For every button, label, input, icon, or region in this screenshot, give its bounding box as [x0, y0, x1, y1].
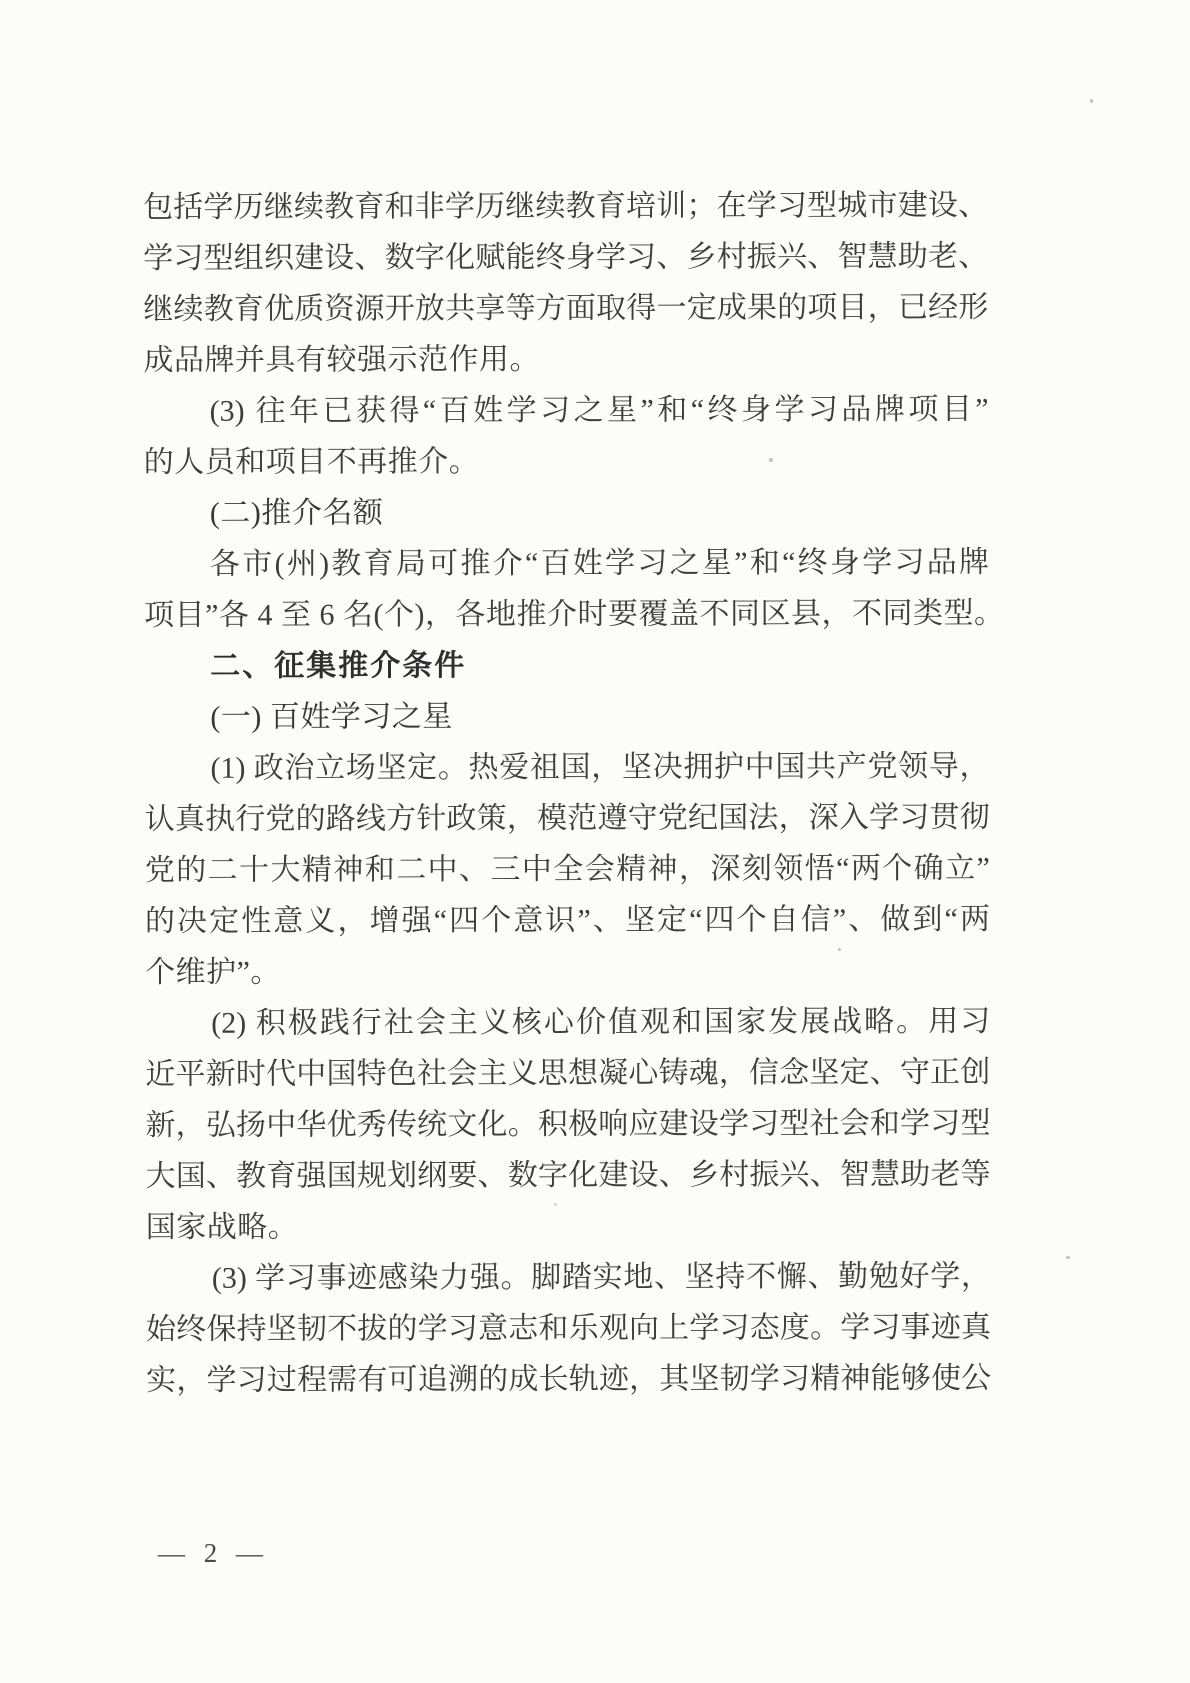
scan-speck	[1090, 99, 1093, 103]
document-line: (3) 学习事迹感染力强。脚踏实地、坚持不懈、勤勉好学，	[146, 1251, 991, 1304]
document-line: (3) 往年已获得“百姓学习之星”和“终身学习品牌项目”	[144, 384, 989, 437]
document-line: 各市(州)教育局可推介“百姓学习之星”和“终身学习品牌	[144, 537, 989, 590]
document-line: 党的二十大精神和二中、三中全会精神，深刻领悟“两个确立”	[145, 843, 990, 896]
document-line: 继续教育优质资源开放共享等方面取得一定成果的项目，已经形	[143, 282, 988, 335]
document-line: 新，弘扬中华优秀传统文化。积极响应建设学习型社会和学习型	[145, 1098, 990, 1151]
page-number: — 2 —	[158, 1538, 269, 1569]
document-line: (2) 积极践行社会主义核心价值观和国家发展战略。用习	[145, 996, 990, 1049]
document-page: 包括学历继续教育和非学历继续教育培训；在学习型城市建设、学习型组织建设、数字化赋…	[0, 0, 1190, 1683]
scan-speck	[1066, 1256, 1070, 1259]
document-line: 始终保持坚韧不拔的学习意志和乐观向上学习态度。学习事迹真	[146, 1302, 991, 1355]
section-heading: (二)推介名额	[144, 486, 989, 539]
document-line: 实，学习过程需有可追溯的成长轨迹，其坚韧学习精神能够使公	[146, 1353, 991, 1406]
scan-speck	[554, 1203, 557, 1206]
document-line: 的决定性意义，增强“四个意识”、坚定“四个自信”、做到“两	[145, 894, 990, 947]
document-line: 个维护”。	[145, 945, 990, 998]
document-line: 认真执行党的路线方针政策，模范遵守党纪国法，深入学习贯彻	[145, 792, 990, 845]
document-line: 学习型组织建设、数字化赋能终身学习、乡村振兴、智慧助老、	[143, 231, 988, 284]
document-body: 包括学历继续教育和非学历继续教育培训；在学习型城市建设、学习型组织建设、数字化赋…	[143, 180, 991, 1406]
document-line: 项目”各 4 至 6 名(个)，各地推介时要覆盖不同区县，不同类型。	[144, 588, 989, 641]
document-line: (1) 政治立场坚定。热爱祖国，坚决拥护中国共产党领导，	[144, 741, 989, 794]
document-line: 的人员和项目不再推介。	[144, 435, 989, 488]
document-line: 国家战略。	[146, 1200, 991, 1253]
scan-speck	[769, 458, 773, 462]
document-line: 近平新时代中国特色社会主义思想凝心铸魂，信念坚定、守正创	[145, 1047, 990, 1100]
scan-speck	[838, 948, 841, 951]
document-line: 包括学历继续教育和非学历继续教育培训；在学习型城市建设、	[143, 180, 988, 233]
document-line: 成品牌并具有较强示范作用。	[143, 333, 988, 386]
section-heading: 二、征集推介条件	[144, 639, 989, 692]
document-line: 大国、教育强国规划纲要、数字化建设、乡村振兴、智慧助老等	[146, 1149, 991, 1202]
section-heading: (一) 百姓学习之星	[144, 690, 989, 743]
